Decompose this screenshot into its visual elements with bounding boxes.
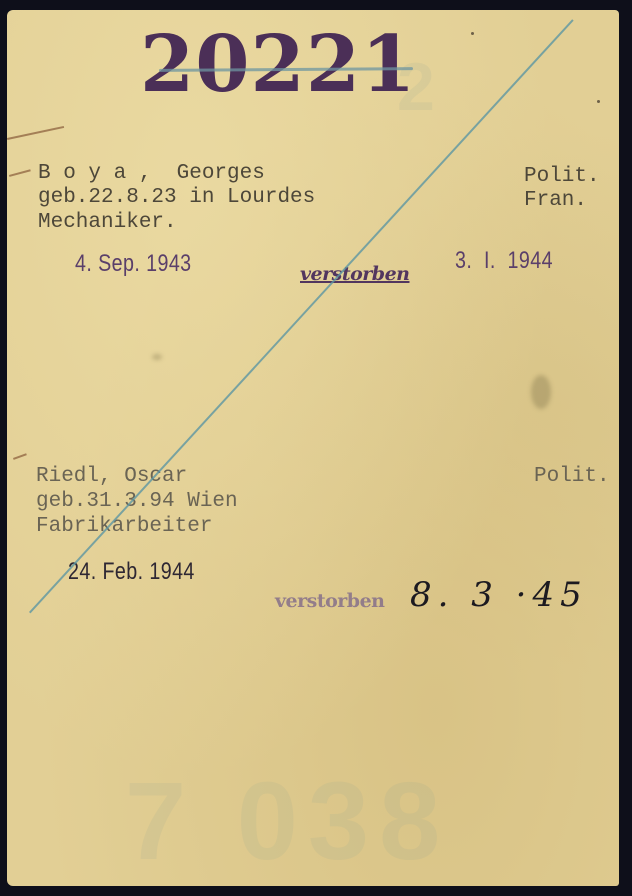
faded-stamp-bottom: 7 038 [125,758,450,885]
entry-name: Riedl, Oscar [36,466,187,488]
entry-name: B o y a , Georges [38,163,265,185]
deceased-stamp: verstorben [300,263,409,285]
arrival-date-stamp: 24. Feb. 1944 [68,558,195,586]
entry-occupation: Fabrikarbeiter [36,516,212,538]
stain-mark [152,354,162,360]
handwritten-death-date: 8. 3 ·45 [410,575,588,615]
entry-occupation: Mechaniker. [38,212,177,234]
deceased-stamp: verstorben [275,590,384,612]
speck [471,32,474,35]
pencil-mark [9,169,31,177]
stain-mark [531,375,551,409]
pencil-mark [13,453,27,460]
entry-nationality: Fran. [524,190,587,212]
arrival-date-stamp: 4. Sep. 1943 [75,250,192,278]
speck [597,100,600,103]
death-date-stamp: 3. I. 1944 [455,247,553,275]
index-card: 2 7 038 20221 B o y a , Georges geb.22.8… [7,10,619,886]
card-torn-edge [230,892,340,896]
entry-category: Polit. [524,166,600,188]
pencil-mark [7,126,64,140]
entry-birth: geb.22.8.23 in Lourdes [38,187,315,209]
entry-category: Polit. [534,466,610,488]
card-number-stamp: 20221 [140,26,416,104]
